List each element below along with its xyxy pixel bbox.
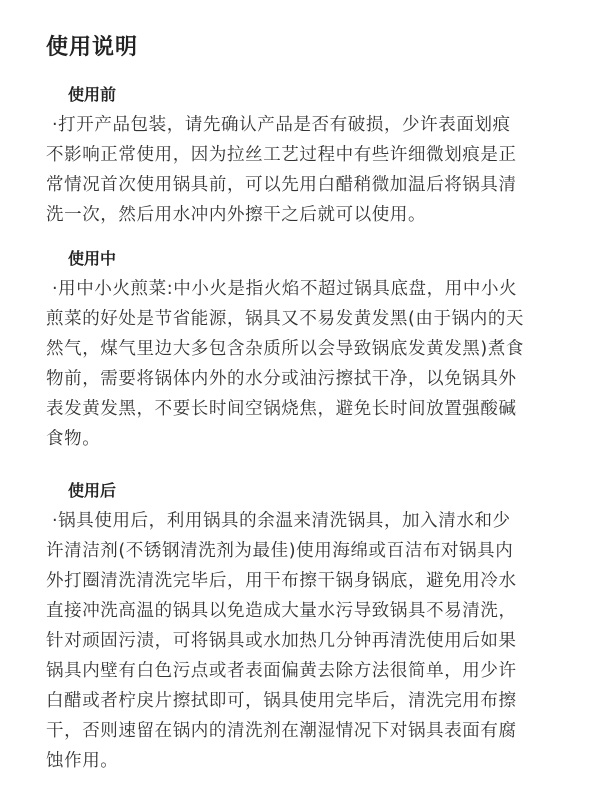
text-line: 物前，需要将锅体内外的水分或油污擦拭干净，以免锅具外	[46, 364, 486, 394]
text-line: 白醋或者柠戾片擦拭即可，锅具使用完毕后，清洗完用布擦	[46, 686, 486, 716]
page-title: 使用说明	[46, 33, 138, 63]
text-line: 表发黄发黑，不要长时间空锅烧焦，避免长时间放置强酸碱	[46, 394, 486, 424]
section-before-use: 使用前 ·打开产品包装，请先确认产品是否有破损，少许表面划痕 不影响正常使用，因…	[46, 82, 486, 230]
section-heading: 使用前	[68, 82, 486, 110]
text-line: 洗一次，然后用水冲内外擦干之后就可以使用。	[46, 200, 486, 230]
text-line: 干，否则速留在锅内的清洗剂在潮湿情况下对锅具表面有腐	[46, 716, 486, 746]
text-line: ·用中小火煎菜:中小火是指火焰不超过锅具底盘，用中小火	[46, 274, 486, 304]
text-line: 常情况首次使用锅具前，可以先用白醋稍微加温后将锅具清	[46, 170, 486, 200]
text-line: 食物。	[46, 424, 486, 454]
text-line: 针对顽固污渍，可将锅具或水加热几分钟再清洗使用后如果	[46, 626, 486, 656]
text-line: 不影响正常使用，因为拉丝工艺过程中有些许细微划痕是正	[46, 140, 486, 170]
text-line: 外打圈清洗清洗完毕后，用干布擦干锅身锅底，避免用冷水	[46, 566, 486, 596]
text-line: ·锅具使用后，利用锅具的余温来清洗锅具，加入清水和少	[46, 506, 486, 536]
text-line: 煎菜的好处是节省能源，锅具又不易发黄发黑(由于锅内的天	[46, 304, 486, 334]
section-body: ·锅具使用后，利用锅具的余温来清洗锅具，加入清水和少 许清洁剂(不锈钢清洗剂为最…	[46, 506, 486, 776]
text-line: 然气，煤气里边大多包含杂质所以会导致锅底发黄发黑)煮食	[46, 334, 486, 364]
section-heading: 使用后	[68, 478, 486, 506]
section-body: ·打开产品包装，请先确认产品是否有破损，少许表面划痕 不影响正常使用，因为拉丝工…	[46, 110, 486, 230]
text-line: 蚀作用。	[46, 746, 486, 776]
text-line: 许清洁剂(不锈钢清洗剂为最佳)使用海绵或百洁布对锅具内	[46, 536, 486, 566]
section-body: ·用中小火煎菜:中小火是指火焰不超过锅具底盘，用中小火 煎菜的好处是节省能源，锅…	[46, 274, 486, 454]
text-line: 锅具内壁有白色污点或者表面偏黄去除方法很简单，用少许	[46, 656, 486, 686]
text-line: 直接冲洗高温的锅具以免造成大量水污导致锅具不易清洗，	[46, 596, 486, 626]
section-heading: 使用中	[68, 246, 486, 274]
section-during-use: 使用中 ·用中小火煎菜:中小火是指火焰不超过锅具底盘，用中小火 煎菜的好处是节省…	[46, 246, 486, 454]
section-after-use: 使用后 ·锅具使用后，利用锅具的余温来清洗锅具，加入清水和少 许清洁剂(不锈钢清…	[46, 478, 486, 776]
text-line: ·打开产品包装，请先确认产品是否有破损，少许表面划痕	[46, 110, 486, 140]
